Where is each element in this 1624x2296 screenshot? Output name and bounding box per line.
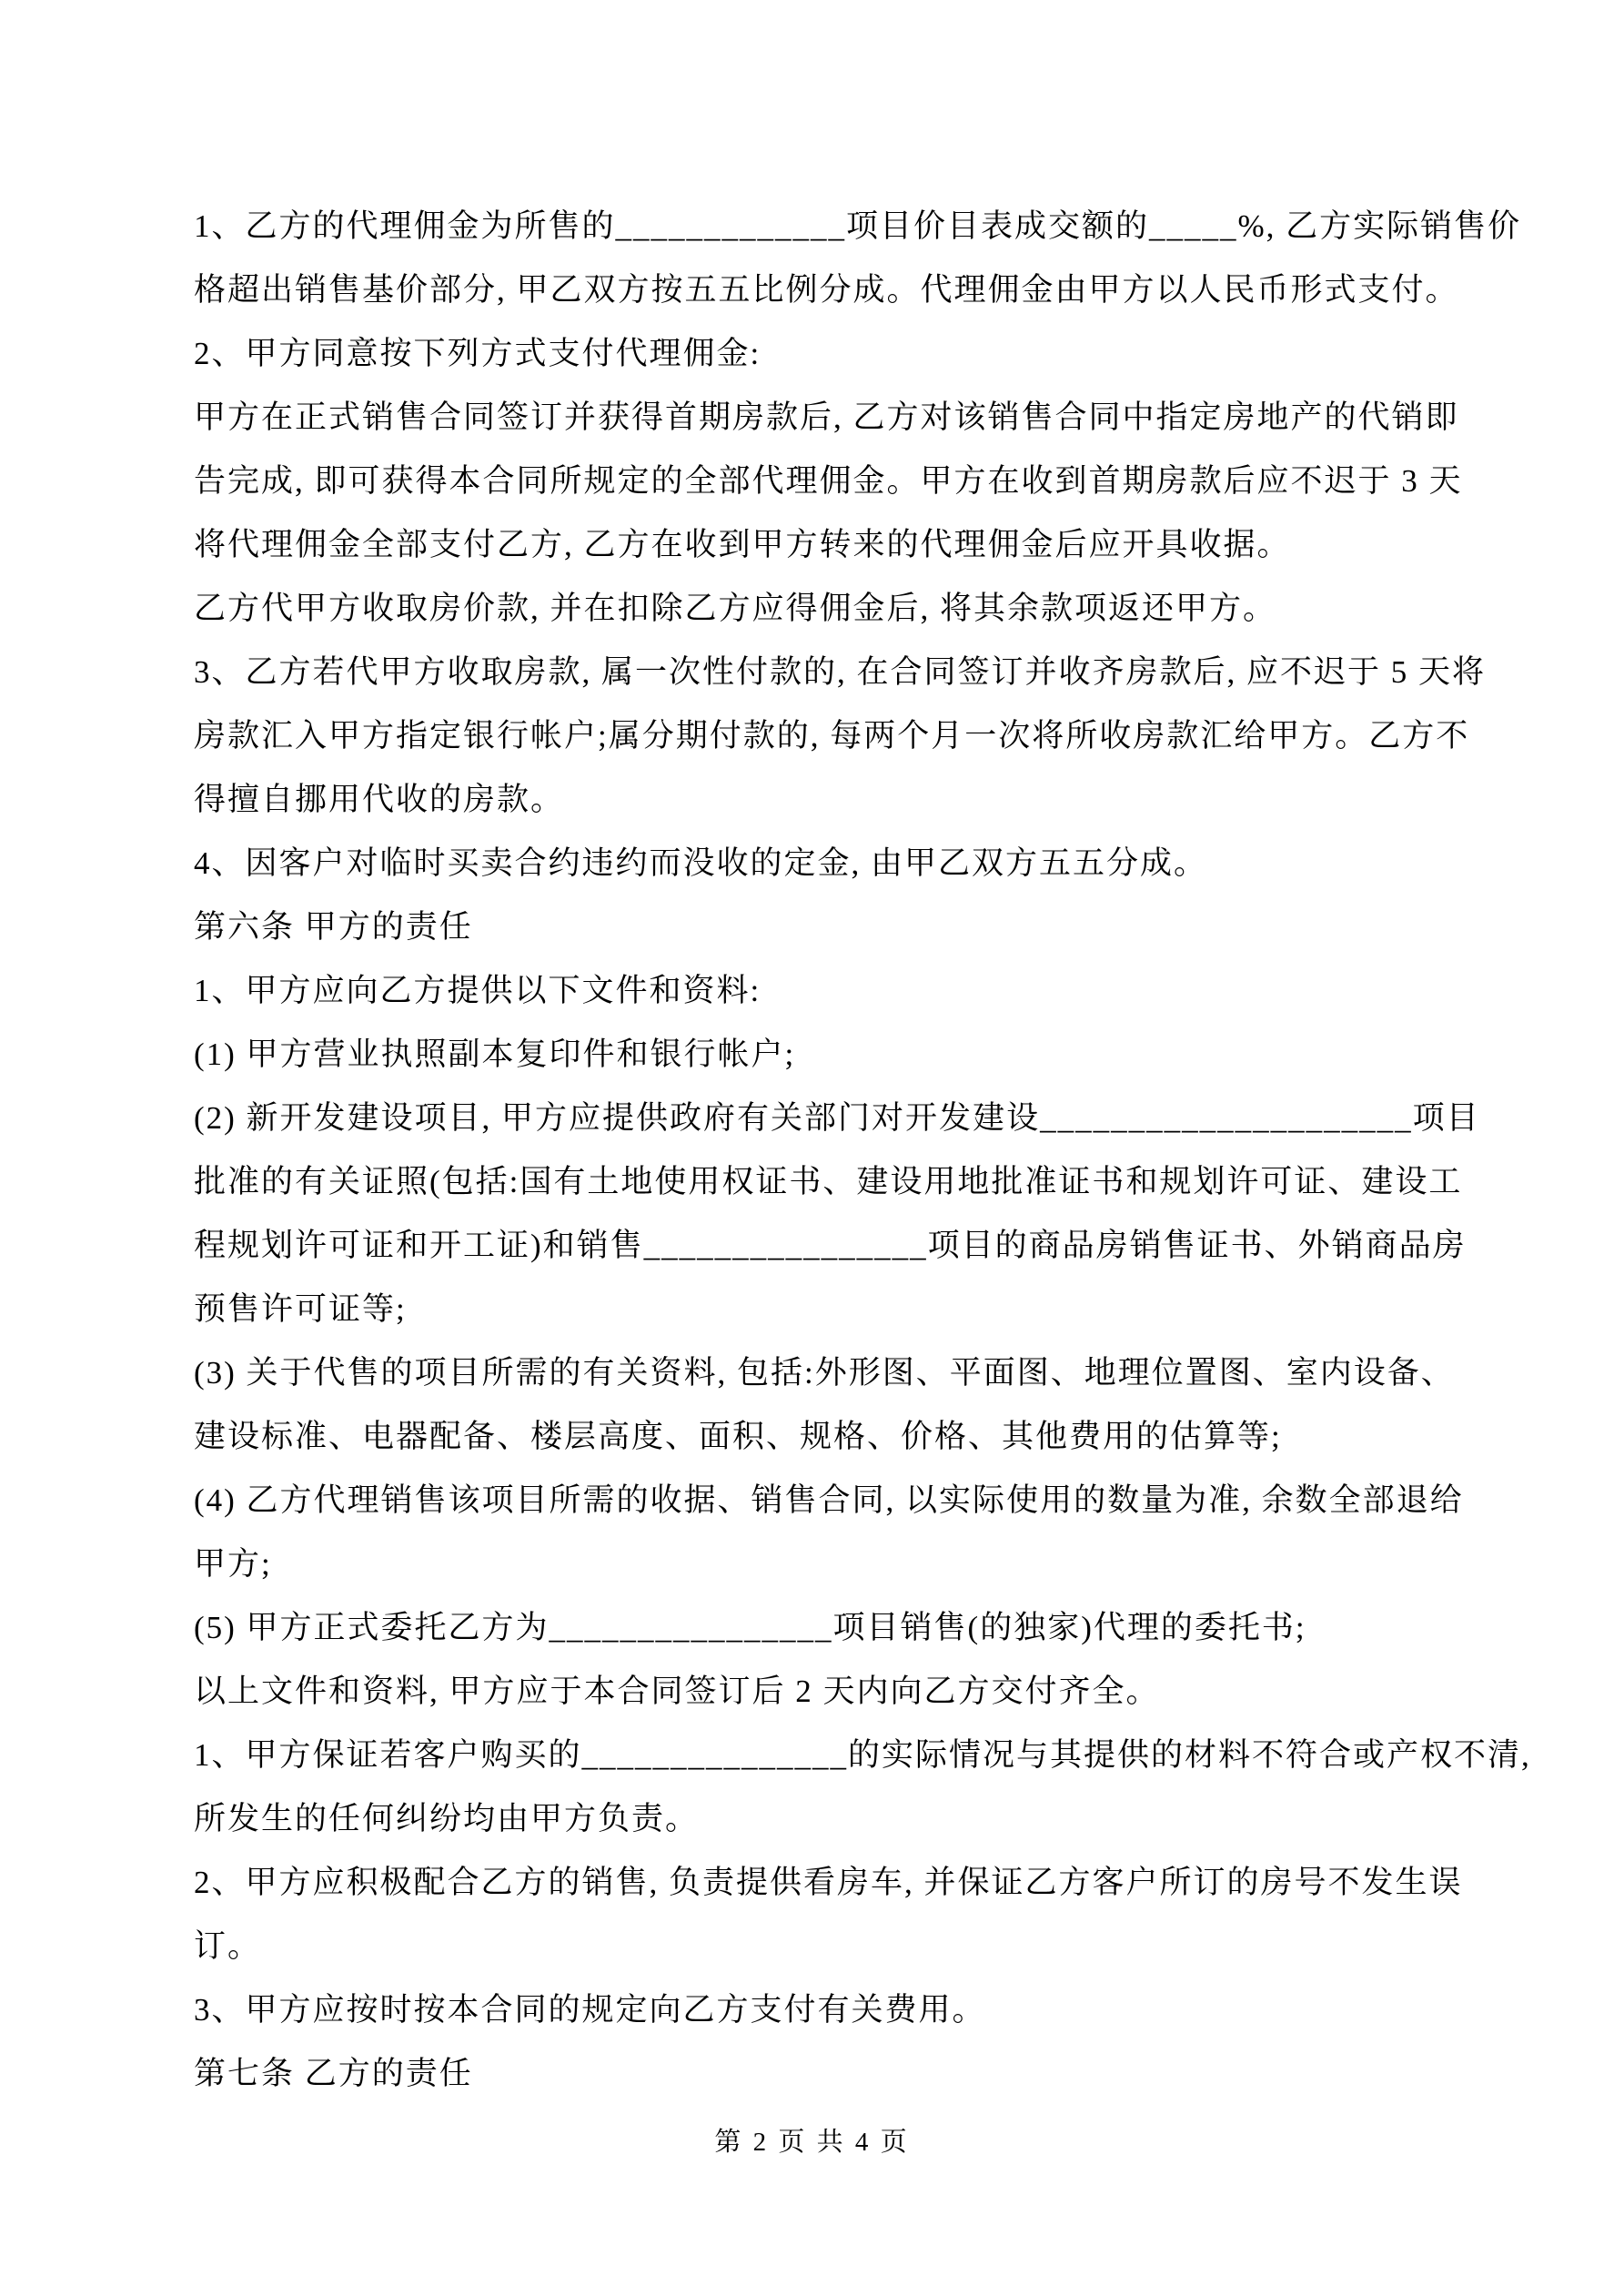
- doc-line: 2、甲方同意按下列方式支付代理佣金:: [194, 322, 1449, 386]
- doc-line: 将代理佣金全部支付乙方, 乙方在收到甲方转来的代理佣金后应开具收据。: [194, 513, 1449, 577]
- doc-line: (2) 新开发建设项目, 甲方应提供政府有关部门对开发建设___________…: [194, 1087, 1449, 1150]
- doc-line: 3、乙方若代甲方收取房款, 属一次性付款的, 在合同签订并收齐房款后, 应不迟于…: [194, 641, 1449, 704]
- doc-line: (1) 甲方营业执照副本复印件和银行帐户;: [194, 1023, 1449, 1087]
- doc-line: 甲方在正式销售合同签订并获得首期房款后, 乙方对该销售合同中指定房地产的代销即: [194, 386, 1449, 450]
- doc-line: 4、因客户对临时买卖合约违约而没收的定金, 由甲乙双方五五分成。: [194, 832, 1449, 895]
- doc-line: 乙方代甲方收取房价款, 并在扣除乙方应得佣金后, 将其余款项返还甲方。: [194, 577, 1449, 641]
- doc-line: 所发生的任何纠纷均由甲方负责。: [194, 1787, 1449, 1851]
- doc-line: 建设标准、电器配备、楼层高度、面积、规格、价格、其他费用的估算等;: [194, 1405, 1449, 1469]
- document-page: 1、乙方的代理佣金为所售的_____________项目价目表成交额的_____…: [0, 0, 1624, 2296]
- doc-line: 1、甲方保证若客户购买的_______________的实际情况与其提供的材料不…: [194, 1724, 1449, 1787]
- doc-line: (5) 甲方正式委托乙方为________________项目销售(的独家)代理…: [194, 1596, 1449, 1660]
- doc-line: 批准的有关证照(包括:国有土地使用权证书、建设用地批准证书和规划许可证、建设工: [194, 1150, 1449, 1214]
- doc-line: 得擅自挪用代收的房款。: [194, 768, 1449, 832]
- section-heading-article-7: 第七条 乙方的责任: [194, 2042, 1449, 2106]
- doc-line: 格超出销售基价部分, 甲乙双方按五五比例分成。代理佣金由甲方以人民币形式支付。: [194, 258, 1449, 322]
- doc-line: 1、乙方的代理佣金为所售的_____________项目价目表成交额的_____…: [194, 195, 1449, 258]
- doc-line: 1、甲方应向乙方提供以下文件和资料:: [194, 959, 1449, 1023]
- doc-line: 预售许可证等;: [194, 1278, 1449, 1341]
- doc-line: (3) 关于代售的项目所需的有关资料, 包括:外形图、平面图、地理位置图、室内设…: [194, 1341, 1449, 1405]
- contract-body: 1、乙方的代理佣金为所售的_____________项目价目表成交额的_____…: [194, 195, 1449, 2106]
- doc-line: 房款汇入甲方指定银行帐户;属分期付款的, 每两个月一次将所收房款汇给甲方。乙方不: [194, 704, 1449, 768]
- doc-line: 程规划许可证和开工证)和销售________________项目的商品房销售证书…: [194, 1214, 1449, 1278]
- doc-line: 订。: [194, 1915, 1449, 1978]
- section-heading-article-6: 第六条 甲方的责任: [194, 895, 1449, 959]
- doc-line: 告完成, 即可获得本合同所规定的全部代理佣金。甲方在收到首期房款后应不迟于 3 …: [194, 450, 1449, 513]
- doc-line: 甲方;: [194, 1532, 1449, 1596]
- doc-line: 2、甲方应积极配合乙方的销售, 负责提供看房车, 并保证乙方客户所订的房号不发生…: [194, 1851, 1449, 1915]
- doc-line: (4) 乙方代理销售该项目所需的收据、销售合同, 以实际使用的数量为准, 余数全…: [194, 1469, 1449, 1532]
- doc-line: 以上文件和资料, 甲方应于本合同签订后 2 天内向乙方交付齐全。: [194, 1660, 1449, 1724]
- page-number-footer: 第 2 页 共 4 页: [0, 2124, 1624, 2160]
- doc-line: 3、甲方应按时按本合同的规定向乙方支付有关费用。: [194, 1978, 1449, 2042]
